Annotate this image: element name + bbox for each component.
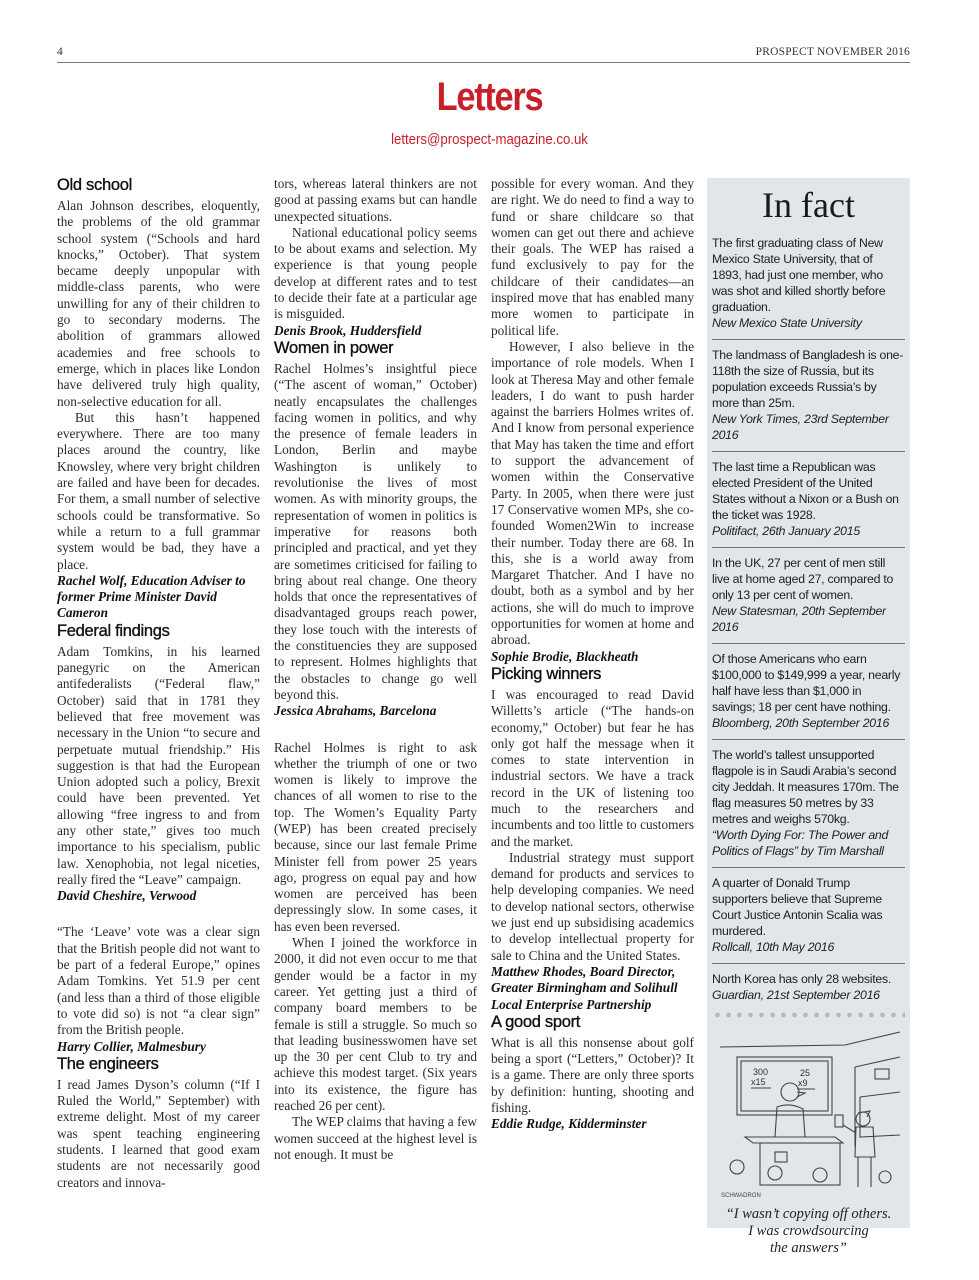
letter-paragraph: Alan Johnson describes, eloquently, the … [57,198,260,410]
column-3: possible for every woman. And they are r… [491,176,694,1133]
section-title: Letters [69,75,911,120]
fact-text: The landmass of Bangladesh is one-118th … [712,348,903,410]
fact-text: The last time a Republican was elected P… [712,460,899,522]
svg-text:x15: x15 [751,1077,766,1087]
letters-email-link[interactable]: letters@prospect-magazine.co.uk [59,131,921,148]
letter-heading-picking-winners: Picking winners [491,665,694,684]
fact-source: New Mexico State University [712,315,905,331]
letter-heading-a-good-sport: A good sport [491,1013,694,1032]
sidebar-title: In fact [707,182,910,228]
letter-signature: Jessica Abrahams, Barcelona [274,703,477,719]
in-fact-sidebar: In fact The first graduating class of Ne… [707,178,910,1228]
page-number: 4 [57,46,63,58]
caption-line: I was crowdsourcing [707,1223,910,1240]
letter-paragraph: Rachel Holmes’s insightful piece (“The a… [274,361,477,703]
letter-heading-old-school: Old school [57,176,260,195]
letter-signature: Denis Brook, Huddersfield [274,323,477,339]
page-header: 4 PROSPECT NOVEMBER 2016 [57,44,910,63]
letter-heading-federal-findings: Federal findings [57,622,260,641]
fact-text: The first graduating class of New Mexico… [712,236,885,314]
fact-text: A quarter of Donald Trump supporters bel… [712,876,882,938]
dotted-divider [712,1011,905,1019]
letter-paragraph: tors, whereas lateral thinkers are not g… [274,176,477,225]
column-2: tors, whereas lateral thinkers are not g… [274,176,477,1163]
letter-paragraph: When I joined the workforce in 2000, it … [274,935,477,1114]
letter-paragraph: National educational policy seems to be … [274,225,477,323]
letter-heading-women-in-power: Women in power [274,339,477,358]
fact-source: Bloomberg, 20th September 2016 [712,715,905,731]
fact-text: Of those Americans who earn $100,000 to … [712,652,900,714]
fact-item: North Korea has only 28 websites. Guardi… [712,964,905,1011]
letter-paragraph: “The ‘Leave’ vote was a clear sign that … [57,924,260,1038]
fact-item: The last time a Republican was elected P… [712,452,905,548]
fact-source: Guardian, 21st September 2016 [712,987,905,1003]
fact-source: Politifact, 26th January 2015 [712,523,905,539]
letter-signature: Matthew Rhodes, Board Director, Greater … [491,964,694,1013]
letter-paragraph: possible for every woman. And they are r… [491,176,694,339]
letter-paragraph: The WEP claims that having a few women s… [274,1114,477,1163]
caption-line: “I wasn’t copying off others. [707,1206,910,1223]
letter-signature: Rachel Wolf, Education Adviser to former… [57,573,260,622]
issue-label: PROSPECT NOVEMBER 2016 [756,46,910,58]
cartoon-illustration: 300 x15 25 x9 [715,1027,905,1202]
fact-item: In the UK, 27 per cent of men still live… [712,548,905,644]
letter-paragraph: But this hasn’t happened everywhere. The… [57,410,260,573]
letter-paragraph: What is all this nonsense about golf bei… [491,1035,694,1116]
svg-text:300: 300 [753,1067,768,1077]
letter-signature: David Cheshire, Verwood [57,888,260,904]
fact-item: The landmass of Bangladesh is one-118th … [712,340,905,452]
letter-paragraph: However, I also believe in the importanc… [491,339,694,649]
fact-item: The world’s tallest unsupported flagpole… [712,740,905,868]
letter-heading-the-engineers: The engineers [57,1055,260,1074]
fact-text: In the UK, 27 per cent of men still live… [712,556,893,602]
caption-line: the answers” [707,1240,910,1257]
svg-text:x9: x9 [798,1078,808,1088]
letter-paragraph: Adam Tomkins, in his learned panegyric o… [57,644,260,888]
fact-item: The first graduating class of New Mexico… [712,228,905,340]
fact-item: A quarter of Donald Trump supporters bel… [712,868,905,964]
fact-text: The world’s tallest unsupported flagpole… [712,748,899,826]
letter-signature: Eddie Rudge, Kidderminster [491,1116,694,1132]
fact-source: Rollcall, 10th May 2016 [712,939,905,955]
fact-source: New York Times, 23rd September 2016 [712,411,905,443]
letter-paragraph: I read James Dyson’s column (“If I Ruled… [57,1077,260,1191]
fact-item: Of those Americans who earn $100,000 to … [712,644,905,740]
column-1: Old school Alan Johnson describes, eloqu… [57,176,260,1191]
fact-text: North Korea has only 28 websites. [712,972,891,986]
fact-source: “Worth Dying For: The Power and Politics… [712,827,905,859]
fact-source: New Statesman, 20th September 2016 [712,603,905,635]
letter-signature: Sophie Brodie, Blackheath [491,649,694,665]
svg-text:25: 25 [800,1068,810,1078]
letter-paragraph: Industrial strategy must support demand … [491,850,694,964]
letter-paragraph: I was encouraged to read David Willetts’… [491,687,694,850]
letter-paragraph: Rachel Holmes is right to ask whether th… [274,740,477,936]
cartoon-caption: “I wasn’t copying off others. I was crow… [707,1206,910,1257]
svg-text:SCHWADRON: SCHWADRON [721,1193,761,1199]
letter-signature: Harry Collier, Malmesbury [57,1039,260,1055]
